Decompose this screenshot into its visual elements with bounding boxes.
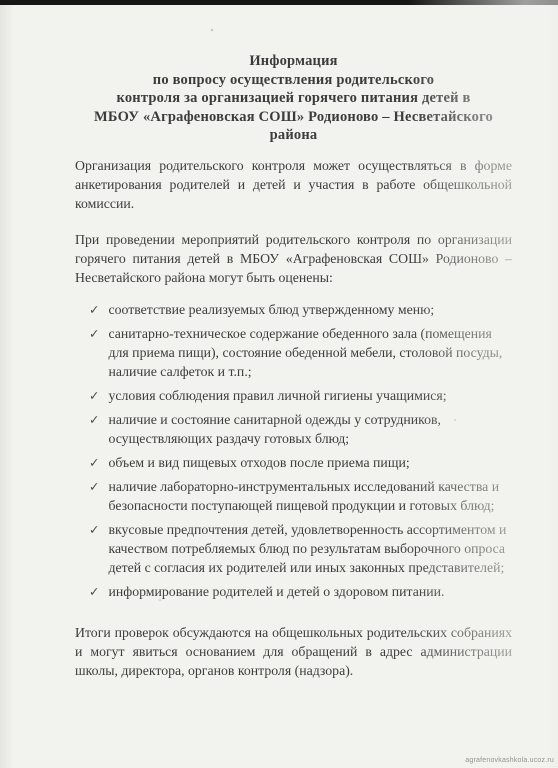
scanned-document-page: Информация по вопросу осуществления роди… (0, 0, 558, 768)
checkmark-icon: ✓ (89, 386, 99, 405)
paragraph-outro: Итоги проверок обсуждаются на общешкольн… (75, 623, 512, 680)
checkmark-icon: ✓ (89, 324, 99, 343)
scan-top-edge (0, 0, 558, 5)
title-line: Информация (75, 52, 512, 71)
checklist-item-text: наличие и состояние санитарной одежды у … (108, 410, 508, 448)
title-line: контроля за организацией горячего питани… (75, 89, 512, 108)
checklist-item: ✓ вкусовые предпочтения детей, удовлетво… (89, 520, 512, 577)
checklist-item-text: условия соблюдения правил личной гигиены… (108, 386, 446, 405)
checklist-item: ✓ наличие лабораторно-инструментальных и… (89, 477, 512, 515)
checklist-item-text: объем и вид пищевых отходов после приема… (108, 453, 409, 472)
paragraph-lead: При проведении мероприятий родительского… (75, 230, 512, 287)
checklist-item-text: вкусовые предпочтения детей, удовлетворе… (108, 520, 508, 577)
checklist: ✓ соответствие реализуемых блюд утвержде… (75, 300, 512, 601)
title-line: по вопросу осуществления родительского (75, 71, 512, 90)
checkmark-icon: ✓ (89, 582, 99, 601)
document-title: Информация по вопросу осуществления роди… (75, 52, 512, 145)
checkmark-icon: ✓ (89, 520, 99, 539)
checklist-item: ✓ объем и вид пищевых отходов после прие… (89, 453, 512, 472)
checklist-item-text: информирование родителей и детей о здоро… (108, 582, 444, 601)
title-line: МБОУ «Аграфеновская СОШ» Родионово – Нес… (75, 108, 512, 145)
checklist-item: ✓ санитарно-техническое содержание обеде… (89, 324, 512, 381)
checklist-item-text: санитарно-техническое содержание обеденн… (108, 324, 508, 381)
checkmark-icon: ✓ (89, 453, 99, 472)
checkmark-icon: ✓ (89, 477, 99, 496)
checklist-item: ✓ наличие и состояние санитарной одежды … (89, 410, 512, 448)
paragraph-intro: Организация родительского контроля может… (75, 156, 512, 213)
checklist-item: ✓ соответствие реализуемых блюд утвержде… (89, 300, 512, 319)
checklist-item: ✓ информирование родителей и детей о здо… (89, 582, 512, 601)
document-body: Информация по вопросу осуществления роди… (75, 52, 512, 680)
checklist-item-text: соответствие реализуемых блюд утвержденн… (108, 300, 434, 319)
watermark: agrafenovkashkola.ucoz.ru (465, 757, 554, 764)
checklist-item: ✓ условия соблюдения правил личной гигие… (89, 386, 512, 405)
checklist-item-text: наличие лабораторно-инструментальных исс… (108, 477, 508, 515)
checkmark-icon: ✓ (89, 300, 99, 319)
checkmark-icon: ✓ (89, 410, 99, 429)
